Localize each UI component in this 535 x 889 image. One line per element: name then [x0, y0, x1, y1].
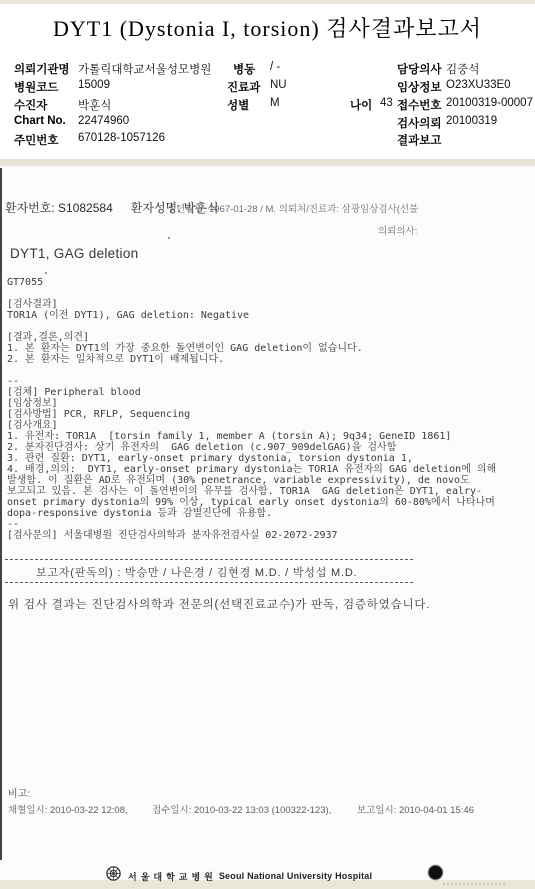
doctor-label: 담당의사: [397, 61, 441, 77]
patient-number: 환자번호: S1082584: [5, 201, 113, 215]
page-title: DYT1 (Dystonia I, torsion) 검사결과보고서: [0, 12, 535, 43]
faint-print-smudge: [443, 883, 505, 885]
receipt-no-value: 20100319-00007: [446, 97, 533, 109]
org-label: 의뢰기관명: [14, 61, 70, 77]
paper-edge-top: [0, 0, 535, 4]
dept-label: 진료과: [227, 79, 260, 95]
birth-referral-line: 생년월일: 1967-01-28 / M. 의뢰처/진료과: 삼광임상검사(선불: [167, 201, 418, 215]
chart-no-label: Chart No.: [14, 115, 66, 127]
chart-no-value: 22474960: [78, 115, 129, 127]
test-title: DYT1, GAG deletion: [10, 246, 138, 261]
sex-value: M: [270, 97, 280, 109]
punch-hole-dot: [429, 866, 442, 879]
verification-statement: 위 검사 결과는 진단검사의학과 전문의(선택진료교수)가 판독, 검증하였습니…: [8, 596, 430, 612]
doctor-value: 김중석: [446, 61, 479, 77]
receipt-datetime: 접수일시: 2010-03-22 13:03 (100322-123),: [152, 802, 331, 816]
request-doctor-label: 의뢰의사:: [378, 223, 417, 237]
request-date-label: 검사의뢰: [397, 115, 441, 131]
hospital-logo-icon: [106, 866, 121, 886]
request-date-value: 20100319: [446, 115, 497, 127]
hospital-code-value: 15009: [78, 79, 110, 91]
age-value: 43: [380, 97, 393, 109]
scan-speck: [45, 272, 47, 274]
ward-value: / -: [270, 61, 280, 73]
reporter-divider-bottom: [5, 582, 413, 583]
hospital-code-label: 병원코드: [14, 79, 58, 95]
org-value: 가톨릭대학교서울성모병원: [78, 61, 211, 77]
age-label: 나이: [350, 97, 372, 113]
reporters-line: 보고자(판독의) : 박승만 / 나은경 / 김현경 M.D. / 박성섭 M.…: [36, 564, 357, 580]
patient-value: 박훈식: [78, 97, 111, 113]
ward-label: 병동: [233, 61, 255, 77]
resident-no-value: 670128-1057126: [78, 132, 165, 144]
resident-no-label: 주민번호: [14, 132, 58, 148]
patient-label: 수진자: [14, 97, 47, 113]
dept-value: NU: [270, 79, 287, 91]
clinical-value: O23XU33E0: [446, 79, 511, 91]
hospital-name-korean: 서울대학교병원: [128, 870, 217, 883]
remarks-label: 비고:: [8, 785, 30, 800]
clinical-label: 임상정보: [397, 79, 441, 95]
sex-label: 성별: [227, 97, 249, 113]
report-datetime: 보고일시: 2010-04-01 15:46: [357, 802, 474, 816]
reporter-divider-top: [5, 559, 413, 560]
receipt-no-label: 접수번호: [397, 97, 441, 113]
report-page: DYT1 (Dystonia I, torsion) 검사결과보고서 의뢰기관명…: [0, 0, 535, 889]
result-report-label: 결과보고: [397, 132, 441, 148]
scan-speck: [168, 237, 170, 239]
scan-left-border: [0, 168, 2, 860]
collect-datetime: 채혈일시: 2010-03-22 12:08,: [8, 802, 128, 816]
paper-edge-middle: [0, 159, 535, 166]
hospital-footer: 서울대학교병원 Seoul National University Hospit…: [106, 866, 372, 886]
hospital-name-english: Seoul National University Hospital: [219, 871, 372, 881]
report-body-text: GT7055 [검사결과] TOR1A (이전 DYT1), GAG delet…: [7, 277, 535, 547]
